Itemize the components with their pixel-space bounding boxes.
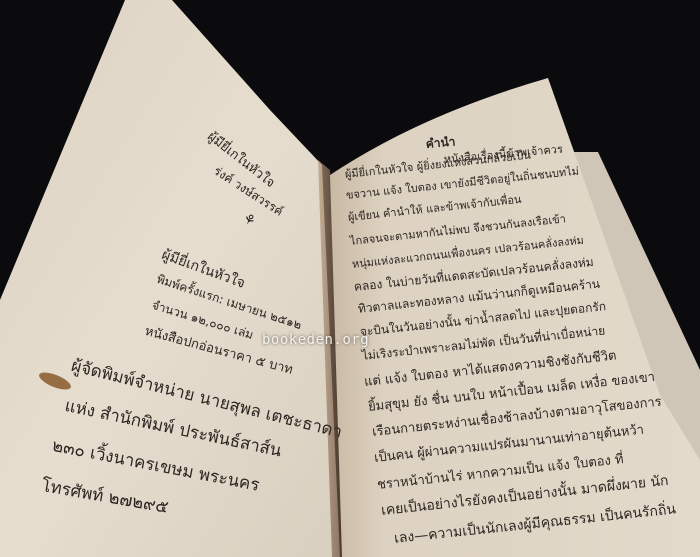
watermark: bookeden.org bbox=[262, 332, 369, 348]
right-page: คำนำ หนังสือเรื่องนี้ข้าพเจ้าควร ผู้มียี… bbox=[0, 0, 700, 557]
book-photo: ผู้มียี่เกในหัวใจ ร่งค์ วงษ์สวรรค์ ⚘ ผู้… bbox=[0, 0, 700, 557]
